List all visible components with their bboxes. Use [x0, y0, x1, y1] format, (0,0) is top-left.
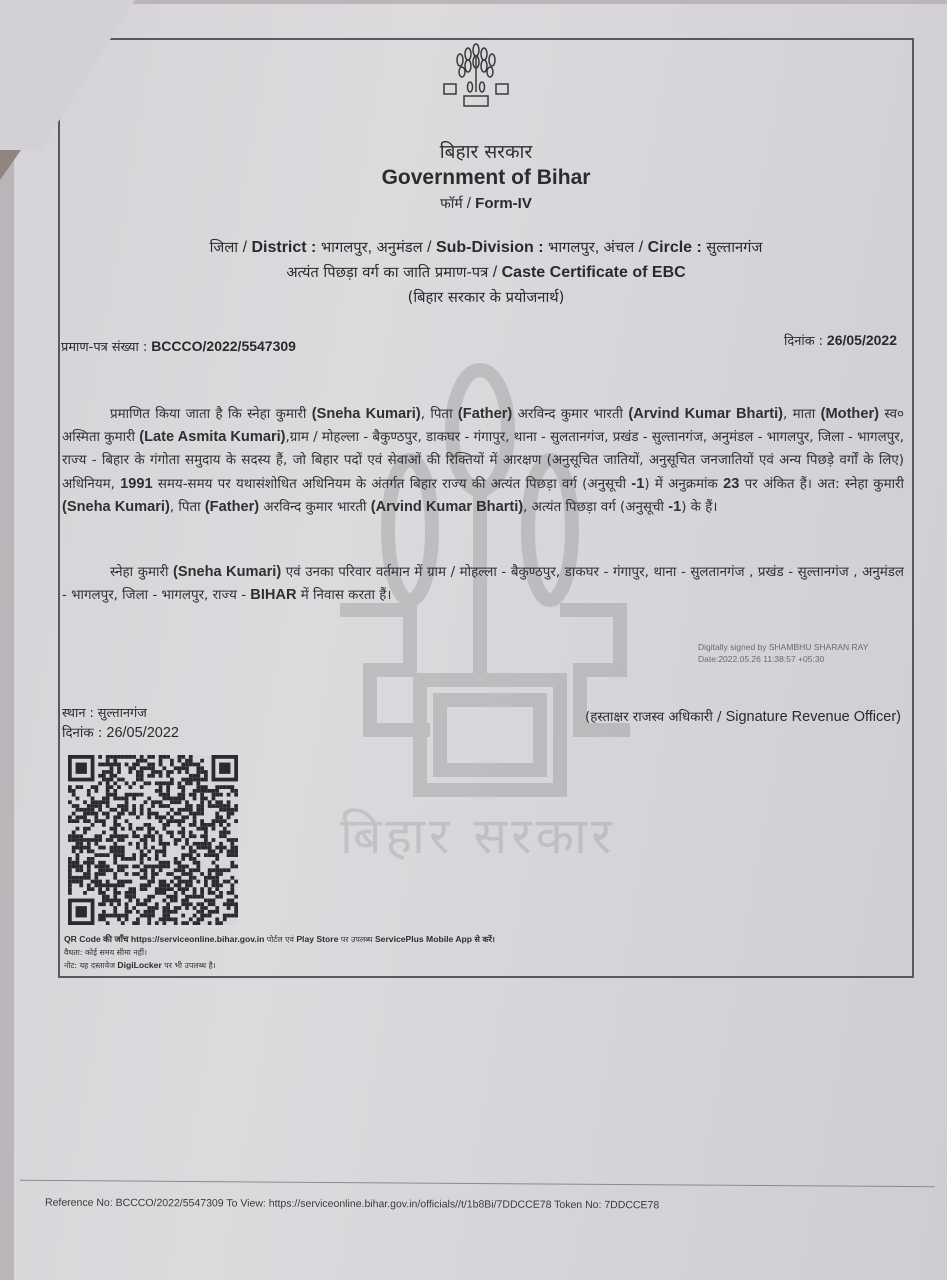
circle-label-hi: अंचल — [604, 239, 635, 256]
paragraph-text-run: में निवास करता हैं। — [297, 588, 392, 603]
issue-date: दिनांक : 26/05/2022 — [62, 723, 179, 741]
certificate-date-label: दिनांक : — [784, 334, 823, 349]
qr-note-app: ServicePlus Mobile App — [375, 934, 472, 944]
paragraph-text-run: ) के हैं। — [681, 500, 717, 515]
paragraph-text-run: -1 — [631, 476, 644, 492]
govt-title-english: Government of Bihar — [58, 166, 914, 190]
paragraph-text-run: स्नेहा कुमारी — [110, 565, 173, 580]
certification-paragraph: प्रमाणित किया जाता है कि स्नेहा कुमारी (… — [62, 403, 904, 519]
digital-signature: Digitally signed by SHAMBHU SHARAN RAY D… — [698, 641, 868, 665]
form-label: फॉर्म / Form-IV — [58, 194, 914, 213]
place-value: सुल्तानगंज — [98, 706, 147, 721]
certificate-number-label: प्रमाण-पत्र संख्या : — [61, 340, 147, 355]
paragraph-text-run: , माता — [783, 407, 821, 422]
digilocker-note-name: DigiLocker — [117, 960, 161, 970]
district-value: भागलपुर — [321, 239, 368, 256]
digital-signature-signer: Digitally signed by SHAMBHU SHARAN RAY — [698, 641, 868, 653]
digital-signature-date: Date:2022.05.26 11:38:57 +05:30 — [698, 653, 868, 665]
qr-verify-link[interactable]: https://serviceonline.bihar.gov.in — [131, 934, 265, 944]
circle-value: सुल्तानगंज — [706, 239, 762, 256]
paragraph-text-run: अरविन्द कुमार भारती — [512, 407, 628, 422]
paragraph-text-run: समय-समय पर यथासंशोधित अधिनियम के अंतर्गत… — [153, 477, 632, 492]
residence-paragraph: स्नेहा कुमारी (Sneha Kumari) एवं उनका पर… — [62, 561, 904, 607]
district-label-hi: जिला — [210, 239, 239, 256]
qr-verification-note: QR Code की जाँच https://serviceonline.bi… — [64, 933, 495, 972]
paragraph-text-run: ) में अनुक्रमांक — [644, 477, 723, 492]
paragraph-text-run: , पिता — [170, 500, 205, 515]
watermark-text: बिहार सरकार — [340, 800, 615, 868]
certificate-date: दिनांक : 26/05/2022 — [784, 331, 897, 349]
paragraph-text-run: पर अंकित हैं। अत: स्नेहा कुमारी — [739, 477, 904, 492]
signature-label-english: Signature Revenue Officer) — [726, 709, 901, 725]
qr-code-icon — [68, 755, 238, 925]
paragraph-text-run: (Father) — [458, 406, 512, 422]
signature-label-hindi: (हस्ताक्षर राजस्व अधिकारी / — [585, 710, 722, 725]
subdivision-label-hi: अनुमंडल — [377, 239, 423, 256]
certificate-title: अत्यंत पिछड़ा वर्ग का जाति प्रमाण-पत्र /… — [58, 262, 914, 282]
certificate-number: प्रमाण-पत्र संख्या : BCCCO/2022/5547309 — [61, 337, 296, 355]
paragraph-text-run: 1991 — [120, 476, 152, 492]
paragraph-text-run: , पिता — [421, 407, 458, 422]
qr-note-text: पोर्टल एवं — [267, 935, 294, 944]
certificate-purpose: (बिहार सरकार के प्रयोजनार्थ) — [58, 287, 914, 307]
paragraph-text-run: (Sneha Kumari) — [312, 406, 421, 422]
paragraph-text-run: प्रमाणित किया जाता है कि स्नेहा कुमारी — [110, 407, 312, 422]
qr-note-store: Play Store — [296, 934, 338, 944]
paragraph-text-run: BIHAR — [250, 587, 296, 603]
qr-note-suffix: से करें। — [474, 935, 494, 944]
certificate-date-value: 26/05/2022 — [827, 332, 897, 348]
bihar-emblem-icon — [440, 42, 512, 108]
certificate-number-value: BCCCO/2022/5547309 — [151, 338, 296, 354]
paragraph-text-run: 23 — [723, 476, 739, 492]
govt-title-hindi: बिहार सरकार — [58, 138, 914, 164]
place: स्थान : सुल्तानगंज — [62, 703, 147, 721]
district-label-en: District — [251, 239, 306, 256]
paragraph-text-run: (Sneha Kumari) — [62, 499, 170, 515]
subdivision-value: भागलपुर — [548, 239, 595, 256]
certificate-title-hindi: अत्यंत पिछड़ा वर्ग का जाति प्रमाण-पत्र — [286, 264, 488, 281]
form-label-english: Form-IV — [475, 195, 532, 212]
paragraph-text-run: (Father) — [205, 499, 259, 515]
certificate-title-english: Caste Certificate of EBC — [502, 264, 686, 281]
form-label-hindi: फॉर्म — [440, 196, 462, 212]
place-label: स्थान : — [62, 706, 94, 721]
qr-note-text2: पर उपलब्ध — [341, 935, 373, 944]
location-line: जिला / District : भागलपुर, अनुमंडल / Sub… — [58, 237, 914, 257]
paragraph-text-run: (Arvind Kumar Bharti) — [628, 406, 783, 422]
paragraph-text-run: (Arvind Kumar Bharti) — [371, 499, 523, 515]
paragraph-text-run: , अत्यंत पिछड़ा वर्ग (अनुसूची — [523, 500, 668, 515]
subdivision-label-en: Sub-Division — [436, 239, 534, 256]
paragraph-text-run: -1 — [668, 499, 681, 515]
paragraph-text-run: (Sneha Kumari) — [173, 564, 281, 580]
digilocker-note-suffix: पर भी उपलब्ध है। — [164, 961, 216, 970]
circle-label-en: Circle — [648, 239, 692, 256]
digilocker-note-prefix: नोट: यह दस्तावेज — [64, 961, 115, 970]
issue-date-value: 26/05/2022 — [106, 725, 179, 741]
qr-note-prefix: QR Code की जाँच — [64, 934, 128, 944]
paragraph-text-run: (Late Asmita Kumari) — [139, 429, 285, 445]
paragraph-text-run: अरविन्द कुमार भारती — [259, 500, 371, 515]
issue-date-label: दिनांक : — [62, 726, 102, 741]
paragraph-text-run: (Mother) — [821, 406, 879, 422]
validity-note: वैधता: कोई समय सीमा नहीं। — [64, 946, 495, 959]
signature-label: (हस्ताक्षर राजस्व अधिकारी / Signature Re… — [585, 707, 901, 725]
